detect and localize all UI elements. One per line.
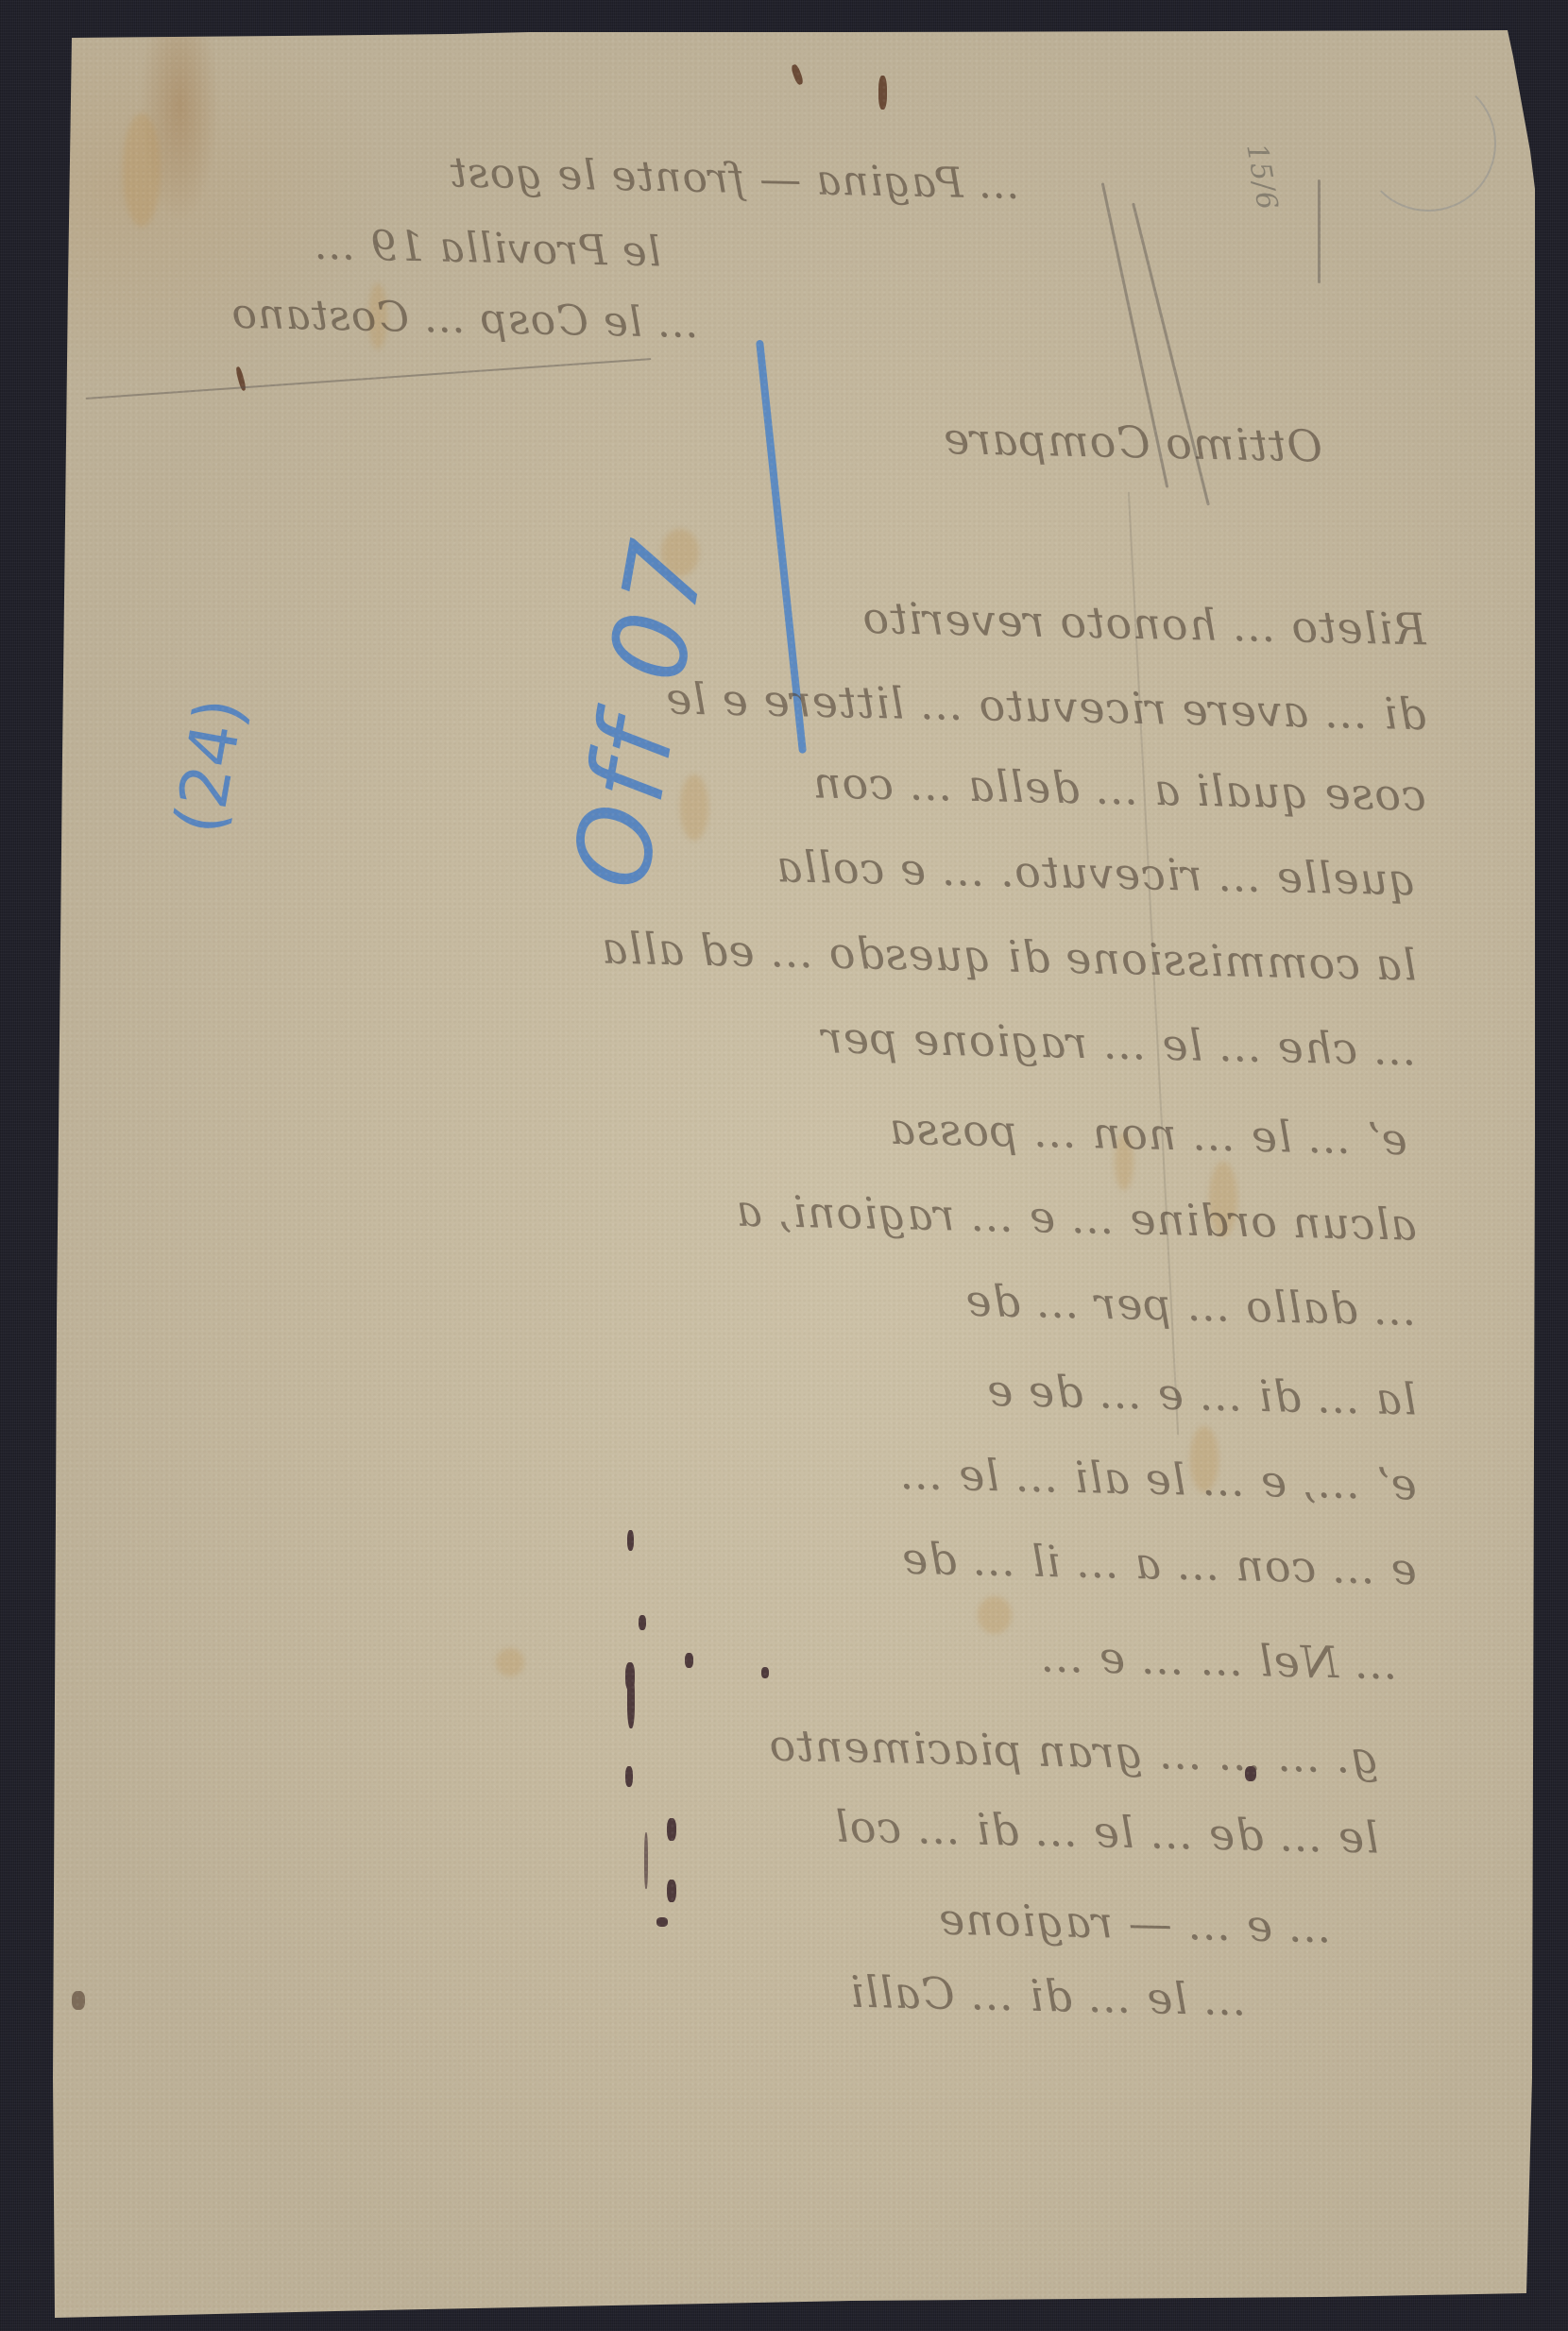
ink-splatter xyxy=(72,1991,85,2010)
header-line: le Provilla 19 … xyxy=(76,216,662,277)
body-line: e’ …, e … le ali … le … xyxy=(104,1431,1418,1509)
stain xyxy=(661,529,699,576)
header-line: … le Cosp … Costano xyxy=(57,286,700,348)
pencil-mark xyxy=(1132,203,1210,506)
body-line: … dallo … per … de xyxy=(76,1256,1418,1336)
ink-mark xyxy=(790,63,804,85)
body-line: la … di … e … de e xyxy=(113,1347,1418,1425)
salutation: Ottimo Compare xyxy=(830,411,1322,472)
body-line: la commissione di quesdo … ed alla xyxy=(94,911,1418,990)
stain xyxy=(1190,1426,1219,1492)
ink-splatter xyxy=(685,1653,693,1668)
ink-mark xyxy=(235,366,247,392)
stain xyxy=(1209,1162,1237,1237)
ink-splatter xyxy=(667,1880,676,1902)
pencil-mark xyxy=(1101,182,1169,487)
pencil-mark xyxy=(1318,179,1321,283)
stain xyxy=(368,283,387,349)
ink-splatter xyxy=(667,1818,676,1841)
body-line: g. … … … gran piacimento xyxy=(104,1706,1380,1783)
stain xyxy=(496,1648,524,1676)
ink-splatter xyxy=(644,1832,648,1889)
ink-splatter xyxy=(656,1917,668,1927)
body-line: le … de … le … di … col xyxy=(151,1786,1380,1863)
ink-mark xyxy=(878,76,887,110)
body-line: … e … — ragione xyxy=(123,1877,1333,1953)
stain xyxy=(1115,1133,1133,1190)
body-line: Rileto … honoto reverito xyxy=(576,587,1427,655)
header-line: … Pagina — fronte le gost xyxy=(113,142,1021,209)
folio-number: (24) xyxy=(160,692,260,840)
faint-stamp xyxy=(1360,76,1496,212)
body-line: … le … di … Calli xyxy=(302,1955,1248,2026)
body-line: e’ … le … non … possa xyxy=(123,1087,1408,1165)
body-line: … Nel … … e … xyxy=(94,1611,1399,1690)
ink-splatter xyxy=(1245,1766,1256,1781)
body-line: … che … le … ragione per xyxy=(113,997,1418,1076)
ink-splatter xyxy=(639,1615,646,1630)
body-line: e … con … a … il … de xyxy=(132,1517,1418,1594)
ink-splatter xyxy=(627,1530,634,1551)
rotated-blue-annotation: Off 07 xyxy=(550,527,730,897)
body-line: quelle … ricevuto. … e colla xyxy=(113,827,1418,906)
paper-sheet: 15/6 Off 07 (24) … Pagina — fronte le go… xyxy=(0,0,1568,2331)
ink-splatter xyxy=(625,1662,635,1691)
header-underline xyxy=(86,358,652,400)
stain xyxy=(680,774,708,841)
body-line: di … avere ricevuto … littere e le xyxy=(142,662,1427,740)
body-line: alcun ordine … e … ragioni, a xyxy=(85,1171,1418,1251)
ink-splatter xyxy=(627,1672,635,1728)
pencil-date: 15/6 xyxy=(1239,141,1284,213)
body-line: cose quali a … della … con xyxy=(76,741,1427,821)
blue-pencil-line xyxy=(756,340,807,754)
stain xyxy=(123,113,161,227)
ink-splatter xyxy=(625,1766,633,1787)
ink-splatter xyxy=(761,1667,769,1678)
pencil-mark xyxy=(1128,492,1179,1436)
stain xyxy=(978,1596,1012,1634)
